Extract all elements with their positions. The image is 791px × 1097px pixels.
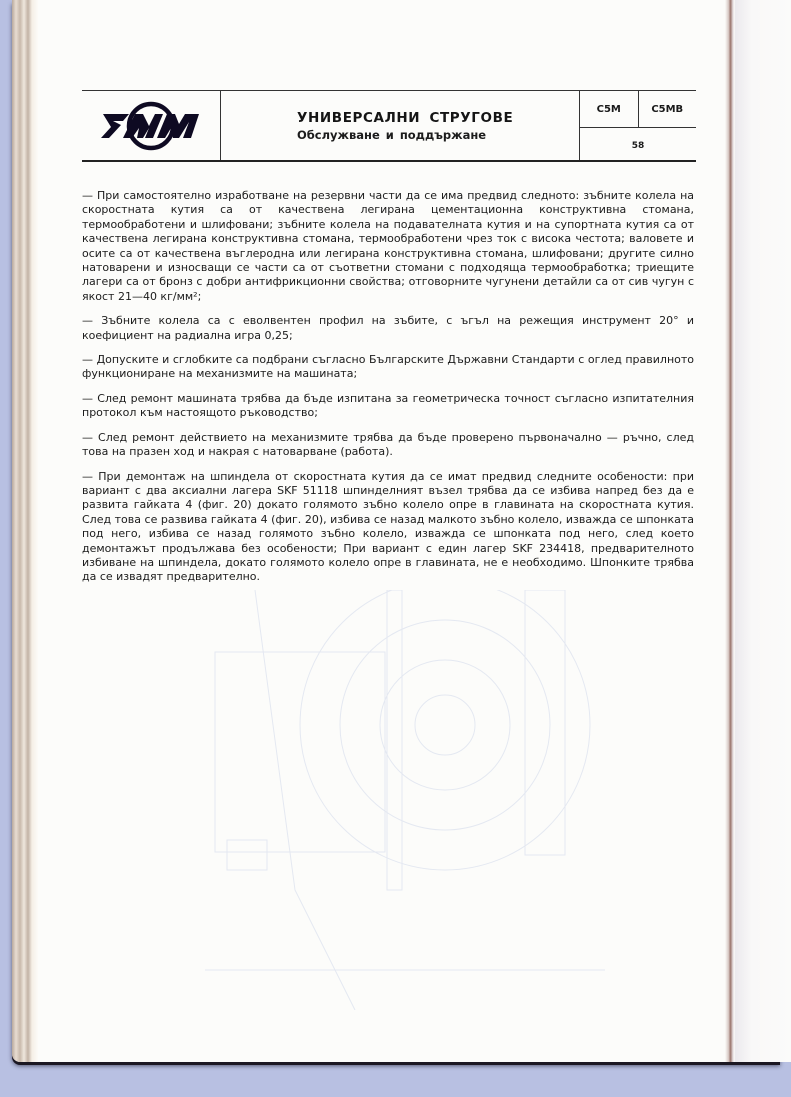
bleed-through-drawing: [205, 590, 605, 1010]
paragraph-accuracy-test: — След ремонт машината трябва да бъде из…: [82, 392, 694, 421]
document-body: — При самостоятелно изработване на резер…: [82, 189, 694, 585]
document-header: УНИВЕРСАЛНИ СТРУГОВЕ Обслужване и поддър…: [82, 90, 696, 162]
model-code-cell: C5M C5MB 58: [580, 91, 696, 160]
document-title: УНИВЕРСАЛНИ СТРУГОВЕ: [297, 110, 579, 126]
paragraph-tolerances: — Допуските и сглобките са подбрани съгл…: [82, 353, 694, 382]
facing-page-edge: [735, 0, 791, 1062]
book-spine: [725, 0, 735, 1062]
paragraph-spare-parts: — При самостоятелно изработване на резер…: [82, 189, 694, 304]
document-subtitle: Обслужване и поддържане: [297, 128, 579, 142]
paragraph-gear-profile: — Зъбните колела са с еволвентен профил …: [82, 314, 694, 343]
logo-cell: [82, 91, 221, 160]
paragraph-mechanism-check: — След ремонт действието на механизмите …: [82, 431, 694, 460]
model-code-c5m: C5M: [580, 91, 638, 127]
title-cell: УНИВЕРСАЛНИ СТРУГОВЕ Обслужване и поддър…: [221, 91, 580, 160]
model-code-c5mb: C5MB: [638, 91, 697, 127]
kmm-logo-icon: [99, 100, 203, 152]
paragraph-spindle-disassembly: — При демонтаж на шпиндела от скоростнат…: [82, 470, 694, 585]
page-number: 58: [580, 128, 696, 160]
model-codes: C5M C5MB: [580, 91, 696, 128]
